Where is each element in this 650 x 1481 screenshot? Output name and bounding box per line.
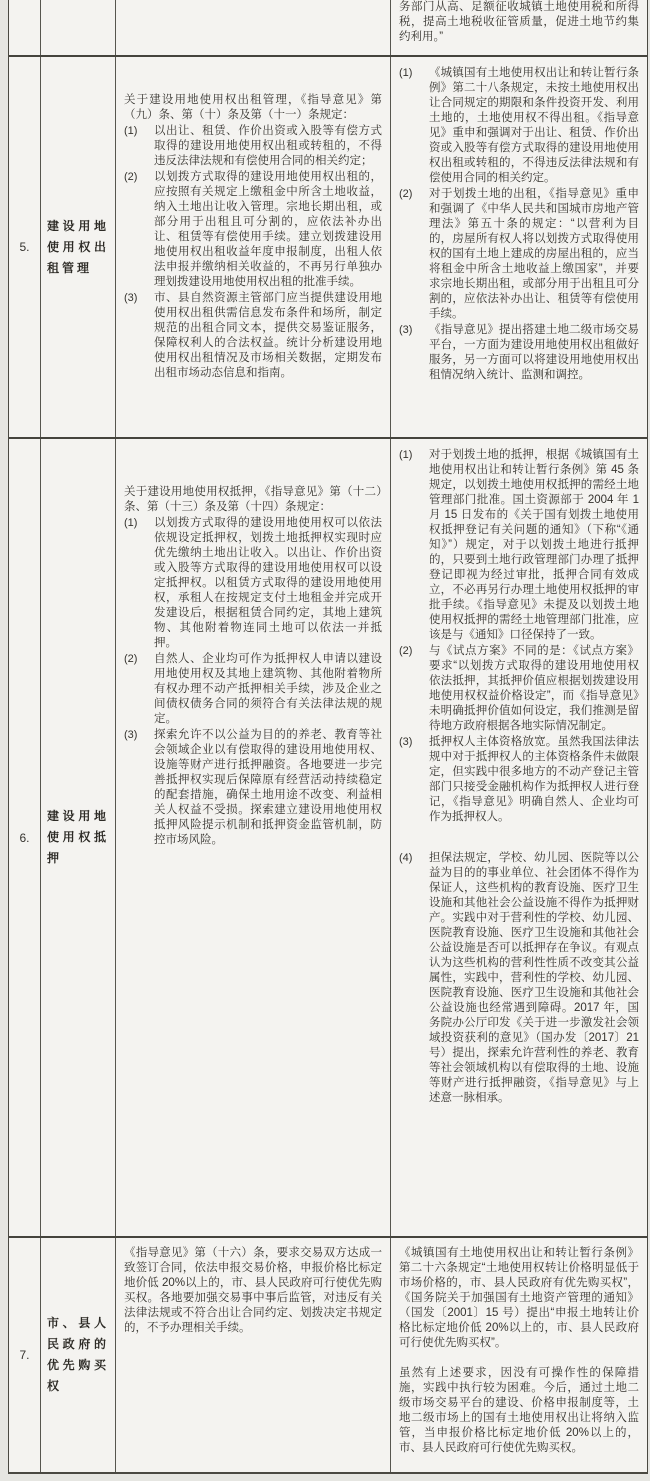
item-label: (3) [399,735,429,825]
row-number: 6. [19,831,29,845]
table-row-continuation: 务部门从高、足额征收城镇土地使用税和所得税，提高土地税收征管质量，促进土地节约集… [9,0,647,55]
row-commentary-cell: 《城镇国有土地使用权出让和转让暂行条例》第二十六条规定“土地使用权转让价格明显低… [391,1238,647,1472]
row-number-cell [9,0,41,55]
commentary-paragraph: 虽然有上述要求，因没有可操作性的保障措施，实践中执行较为困难。今后，通过土地二级… [399,1366,639,1456]
item-label: (1) [399,448,429,643]
numbered-item: (2) 与《试点方案》不同的是：《试点方案》要求“以划拨方式取得的建设用地使用权… [399,644,639,734]
item-text: 担保法规定，学校、幼儿园、医院等以公益为目的的事业单位、社会团体不得作为保证人，… [429,851,639,1106]
numbered-item: (1) 《城镇国有土地使用权出让和转让暂行条例》第二十八条规定，未按土地使用权出… [399,66,639,186]
row-title: 市、县人民政府的优先购买权 [47,1313,109,1397]
item-label: (3) [124,728,154,848]
row-commentary-cell: (1) 《城镇国有土地使用权出让和转让暂行条例》第二十八条规定，未按土地使用权出… [391,57,647,437]
row-commentary-cell: (1) 对于划拨土地的抵押，根据《城镇国有土地使用权出让和转让暂行条例》第 45… [391,439,647,1236]
item-label: (2) [399,187,429,322]
item-text: 自然人、企业均可作为抵押权人申请以建设用地使用权及其地上建筑物、其他附着物所有权… [154,652,382,727]
row-title-cell: 建设用地使用权抵押 [41,439,116,1236]
row-summary-cell [116,0,391,55]
item-text: 探索允许不以公益为目的的养老、教育等社会领域企业以有偿取得的建设用地使用权、设施… [154,728,382,848]
item-label: (3) [399,323,429,383]
continuation-text: 务部门从高、足额征收城镇土地使用税和所得税，提高土地税收征管质量，促进土地节约集… [399,0,639,45]
item-label: (2) [124,170,154,290]
row-title-cell [41,0,116,55]
row-number: 5. [19,240,29,254]
numbered-item: (2) 以划拨方式取得的建设用地使用权出租的，应按照有关规定上缴租金中所含土地收… [124,170,382,290]
row-number-cell: 5. [9,57,41,437]
numbered-item: (3) 抵押权人主体资格放宽。虽然我国法律法规中对于抵押权人的主体资格条件未做限… [399,735,639,825]
item-label: (4) [399,851,429,1106]
land-use-rights-table: 务部门从高、足额征收城镇土地使用税和所得税，提高土地税收征管质量，促进土地节约集… [8,0,648,1474]
summary-paragraph: 《指导意见》第（十六）条，要求交易双方达成一致签订合同，依法申报交易价格，申报价… [124,1246,382,1336]
item-text: 抵押权人主体资格放宽。虽然我国法律法规中对于抵押权人的主体资格条件未做限定，但实… [429,735,639,825]
row-summary-cell: 关于建设用地使用权出租管理，《指导意见》第（九）条、第（十）条及第（十一）条规定… [116,57,391,437]
summary-intro: 关于建设用地使用权抵押，《指导意见》第（十二）条、第（十三）条及第（十四）条规定… [124,485,382,515]
item-label: (1) [399,66,429,186]
row-number-cell: 6. [9,439,41,1236]
numbered-item: (1) 以划拨方式取得的建设用地使用权可以依法依规设定抵押权，划拨土地抵押权实现… [124,516,382,651]
scanned-document-page: 务部门从高、足额征收城镇土地使用税和所得税，提高土地税收征管质量，促进土地节约集… [0,0,650,1481]
summary-intro: 关于建设用地使用权出租管理，《指导意见》第（九）条、第（十）条及第（十一）条规定… [124,93,382,123]
table-row-6: 6. 建设用地使用权抵押 关于建设用地使用权抵押，《指导意见》第（十二）条、第（… [9,437,647,1236]
row-title-cell: 建设用地使用权出租管理 [41,57,116,437]
item-text: 对于划拨土地的抵押，根据《城镇国有土地使用权出让和转让暂行条例》第 45 条规定… [429,448,639,643]
row-summary-cell: 关于建设用地使用权抵押，《指导意见》第（十二）条、第（十三）条及第（十四）条规定… [116,439,391,1236]
item-label: (1) [124,516,154,651]
item-text: 以划拨方式取得的建设用地使用权可以依法依规设定抵押权，划拨土地抵押权实现时应优先… [154,516,382,651]
row-title: 建设用地使用权抵押 [47,806,109,869]
item-label: (2) [124,652,154,727]
numbered-item: (2) 自然人、企业均可作为抵押权人申请以建设用地使用权及其地上建筑物、其他附着… [124,652,382,727]
numbered-item: (1) 对于划拨土地的抵押，根据《城镇国有土地使用权出让和转让暂行条例》第 45… [399,448,639,643]
row-title: 建设用地使用权出租管理 [47,216,109,279]
numbered-item: (2) 对于划拨土地的出租，《指导意见》重申和强调了《中华人民共和国城市房地产管… [399,187,639,322]
item-text: 以划拨方式取得的建设用地使用权出租的，应按照有关规定上缴租金中所含土地收益，纳入… [154,170,382,290]
item-text: 市、县自然资源主管部门应当提供建设用地使用权出租供需信息发布条件和场所，制定规范… [154,291,382,381]
numbered-item: (3) 《指导意见》提出搭建土地二级市场交易平台，一方面为建设用地使用权出租做好… [399,323,639,383]
item-text: 《指导意见》提出搭建土地二级市场交易平台，一方面为建设用地使用权出租做好服务，另… [429,323,639,383]
table-row-7: 7. 市、县人民政府的优先购买权 《指导意见》第（十六）条，要求交易双方达成一致… [9,1236,647,1472]
row-commentary-cell: 务部门从高、足额征收城镇土地使用税和所得税，提高土地税收征管质量，促进土地节约集… [391,0,647,55]
row-number-cell: 7. [9,1238,41,1472]
table-row-5: 5. 建设用地使用权出租管理 关于建设用地使用权出租管理，《指导意见》第（九）条… [9,55,647,437]
row-summary-cell: 《指导意见》第（十六）条，要求交易双方达成一致签订合同，依法申报交易价格，申报价… [116,1238,391,1472]
numbered-item: (1) 以出让、租赁、作价出资或入股等有偿方式取得的建设用地使用权出租或转租的，… [124,124,382,169]
item-label: (3) [124,291,154,381]
row-number: 7. [19,1348,29,1362]
item-text: 对于划拨土地的出租，《指导意见》重申和强调了《中华人民共和国城市房地产管理法》第… [429,187,639,322]
item-text: 《城镇国有土地使用权出让和转让暂行条例》第二十八条规定，未按土地使用权出让合同规… [429,66,639,186]
item-text: 与《试点方案》不同的是：《试点方案》要求“以划拨方式取得的建设用地使用权依法抵押… [429,644,639,734]
row-title-cell: 市、县人民政府的优先购买权 [41,1238,116,1472]
item-text: 以出让、租赁、作价出资或入股等有偿方式取得的建设用地使用权出租或转租的，不得违反… [154,124,382,169]
commentary-paragraph: 《城镇国有土地使用权出让和转让暂行条例》第二十六条规定“土地使用权转让价格明显低… [399,1246,639,1351]
numbered-item: (3) 市、县自然资源主管部门应当提供建设用地使用权出租供需信息发布条件和场所，… [124,291,382,381]
numbered-item: (4) 担保法规定，学校、幼儿园、医院等以公益为目的的事业单位、社会团体不得作为… [399,851,639,1106]
numbered-item: (3) 探索允许不以公益为目的的养老、教育等社会领域企业以有偿取得的建设用地使用… [124,728,382,848]
item-label: (1) [124,124,154,169]
item-label: (2) [399,644,429,734]
